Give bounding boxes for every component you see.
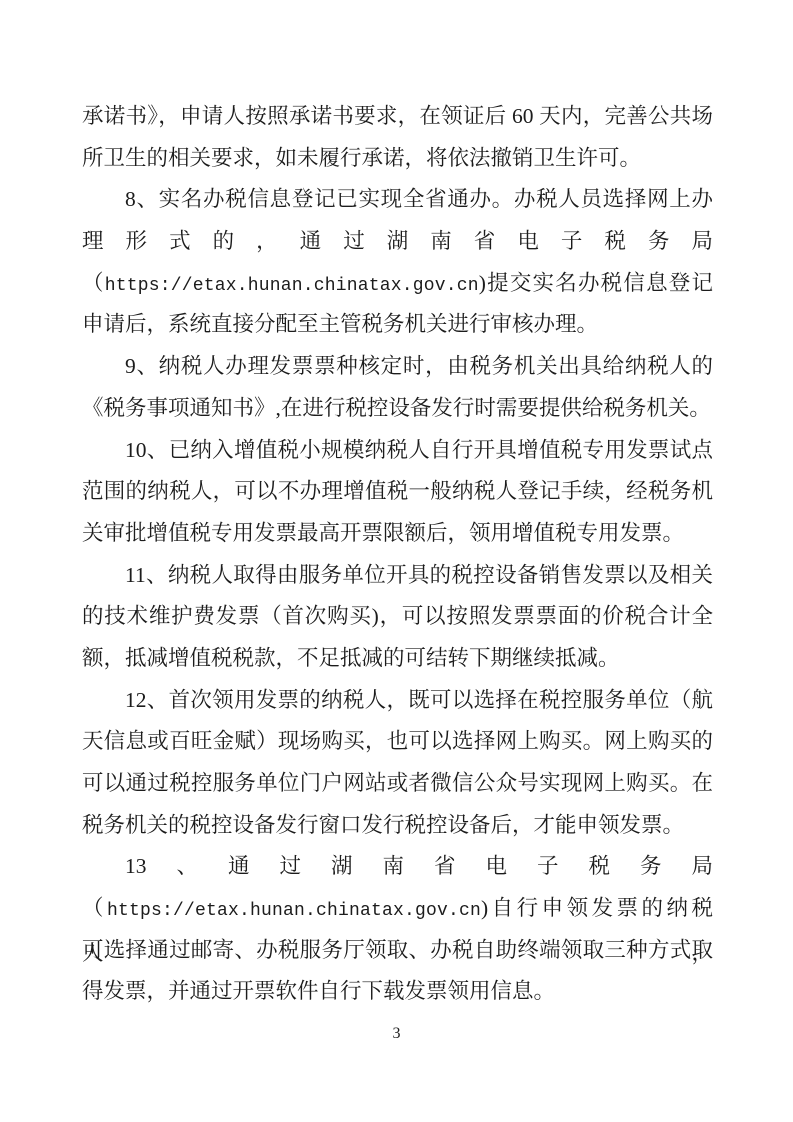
document-body: 承诺书》，申请人按照承诺书要求，在领证后 60 天内，完善公共场 所卫生的相关要…	[82, 96, 713, 1013]
text-line: 12、首次领用发票的纳税人，既可以选择在税控服务单位（航	[82, 680, 713, 722]
text-line: 的技术维护费发票（首次购买)，可以按照发票票面的价税合计全	[82, 596, 713, 638]
text-line: 13、通过湖南省电子税务局	[82, 846, 713, 888]
text-line: 10、已纳入增值税小规模纳税人自行开具增值税专用发票试点	[82, 430, 713, 472]
text-line: （https://etax.hunan.chinatax.gov.cn)自行申领…	[82, 888, 713, 930]
paren-open: （	[82, 896, 107, 920]
text-line: （https://etax.hunan.chinatax.gov.cn)提交实名…	[82, 263, 713, 305]
text-line: 承诺书》，申请人按照承诺书要求，在领证后 60 天内，完善公共场	[82, 96, 713, 138]
page-number: 3	[0, 1024, 793, 1044]
text-line: 申请后，系统直接分配至主管税务机关进行审核办理。	[82, 304, 713, 346]
text-line: 关审批增值税专用发票最高开票限额后，领用增值税专用发票。	[82, 513, 713, 555]
line-remainder: )提交实名办税信息登记	[479, 271, 713, 295]
text-line: 可选择通过邮寄、办税服务厅领取、办税自助终端领取三种方式取	[82, 930, 713, 972]
text-line: 税务机关的税控设备发行窗口发行税控设备后，才能申领发票。	[82, 805, 713, 847]
text-line: 理形式的，通过湖南省电子税务局	[82, 221, 713, 263]
text-line: 8、实名办税信息登记已实现全省通办。办税人员选择网上办	[82, 179, 713, 221]
text-line: 额，抵减增值税税款，不足抵减的可结转下期继续抵减。	[82, 638, 713, 680]
text-line: 范围的纳税人，可以不办理增值税一般纳税人登记手续，经税务机	[82, 471, 713, 513]
document-page: 承诺书》，申请人按照承诺书要求，在领证后 60 天内，完善公共场 所卫生的相关要…	[0, 0, 793, 1122]
text-line: 《税务事项通知书》,在进行税控设备发行时需要提供给税务机关。	[82, 388, 713, 430]
text-line: 可以通过税控服务单位门户网站或者微信公众号实现网上购买。在	[82, 763, 713, 805]
text-line: 得发票，并通过开票软件自行下载发票领用信息。	[82, 971, 713, 1013]
text-line: 11、纳税人取得由服务单位开具的税控设备销售发票以及相关	[82, 555, 713, 597]
url-text: https://etax.hunan.chinatax.gov.cn	[105, 276, 479, 296]
text-line: 天信息或百旺金赋）现场购买，也可以选择网上购买。网上购买的	[82, 721, 713, 763]
url-text: https://etax.hunan.chinatax.gov.cn	[107, 901, 481, 921]
text-line: 所卫生的相关要求，如未履行承诺，将依法撤销卫生许可。	[82, 138, 713, 180]
paren-open: （	[82, 271, 105, 295]
text-line: 9、纳税人办理发票票种核定时，由税务机关出具给纳税人的	[82, 346, 713, 388]
